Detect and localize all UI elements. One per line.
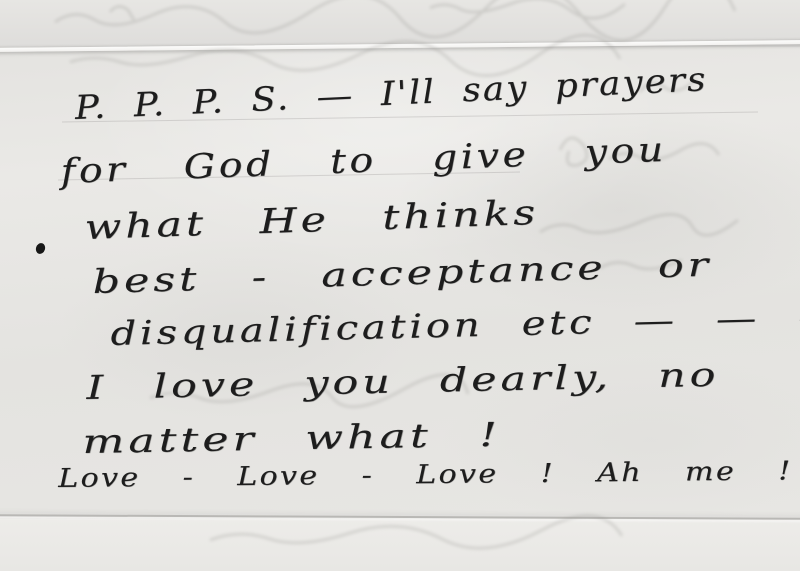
letter-scan: P. P. P. S. — I'll say prayers for God t… — [0, 0, 800, 571]
handwritten-line-7: matter what ! — [82, 415, 501, 461]
